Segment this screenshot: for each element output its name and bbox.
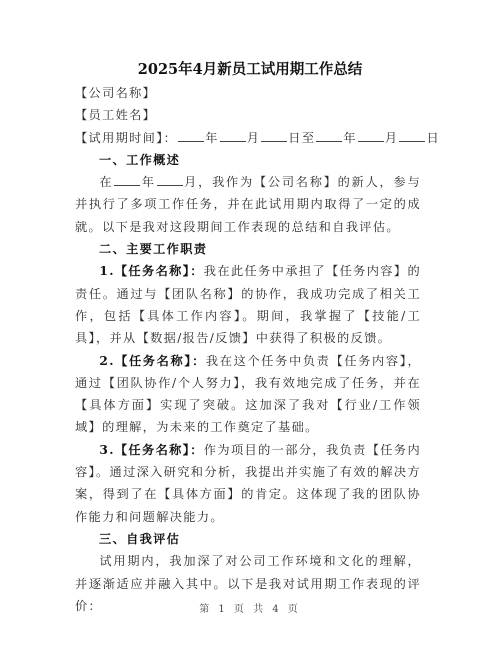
blank-underline	[358, 129, 384, 142]
blank-underline	[220, 129, 246, 142]
responsibility-item-1: 1.【任务名称】：我在此任务中承担了【任务内容】的责任。通过与【团队名称】的协作…	[75, 260, 421, 349]
task-lead: 3.【任务名称】：	[99, 443, 203, 457]
year-label: 年	[343, 131, 357, 145]
text-span: 年	[141, 175, 155, 189]
probation-period-field: 【试用期时间】：年月日至年月日	[75, 127, 421, 149]
section-heading-responsibilities: 二、主要工作职责	[75, 238, 421, 260]
employee-name-field: 【员工姓名】	[75, 104, 421, 126]
task-lead: 2.【任务名称】：	[99, 354, 206, 368]
company-name-field: 【公司名称】	[75, 82, 421, 104]
month-label: 月	[385, 131, 399, 145]
blank-underline	[114, 173, 140, 186]
blank-underline	[261, 129, 287, 142]
text-span: 在	[99, 175, 113, 189]
document-page: 2025年4月新员工试用期工作总结 【公司名称】 【员工姓名】 【试用期时间】：…	[75, 58, 421, 617]
overview-paragraph: 在年月，我作为【公司名称】的新人，参与并执行了多项工作任务，并在此试用期内取得了…	[75, 171, 421, 238]
responsibility-item-3: 3.【任务名称】：作为项目的一部分，我负责【任务内容】。通过深入研究和分析，我提…	[75, 439, 421, 528]
day-to-label: 日至	[288, 131, 315, 145]
blank-underline	[399, 129, 425, 142]
year-label: 年	[205, 131, 219, 145]
task-lead: 1.【任务名称】：	[99, 264, 203, 278]
section-heading-overview: 一、工作概述	[75, 149, 421, 171]
day-label: 日	[426, 131, 440, 145]
section-heading-self-assessment: 三、自我评估	[75, 528, 421, 550]
blank-underline	[157, 173, 183, 186]
responsibility-item-2: 2.【任务名称】：我在这个任务中负责【任务内容】，通过【团队协作/个人努力】，我…	[75, 350, 421, 439]
page-indicator: 第 1 页 共 4 页	[0, 600, 500, 615]
month-label: 月	[247, 131, 261, 145]
blank-underline	[316, 129, 342, 142]
document-title: 2025年4月新员工试用期工作总结	[0, 58, 500, 82]
probation-period-label: 【试用期时间】：	[75, 131, 177, 145]
blank-underline	[178, 129, 204, 142]
